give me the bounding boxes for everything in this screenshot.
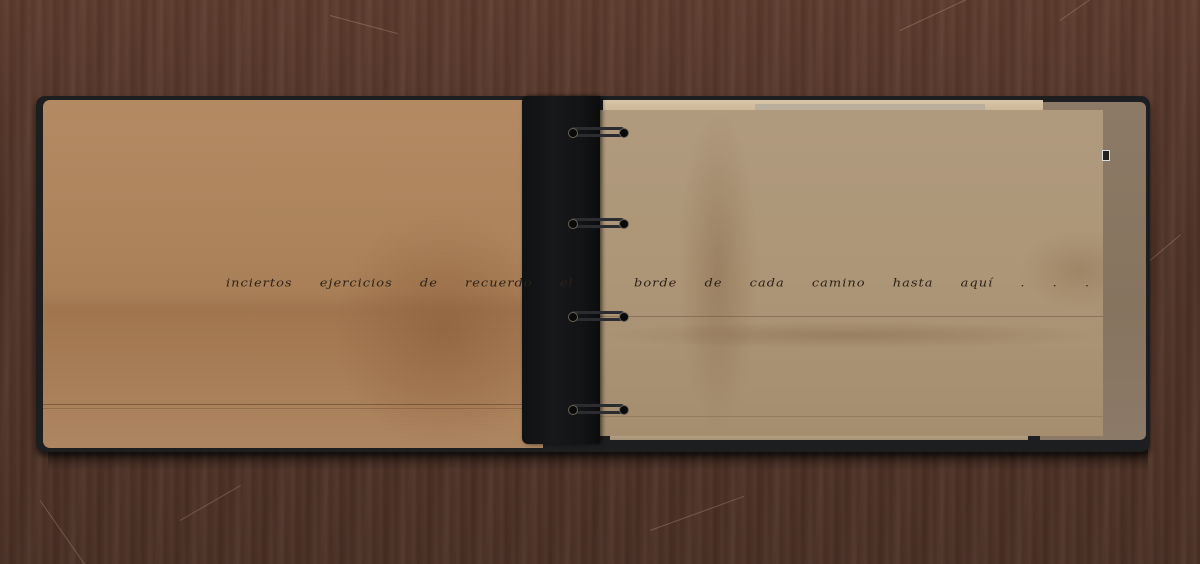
table-scratch (40, 500, 87, 564)
table-scratch (900, 0, 982, 31)
binding-spine-flap (522, 96, 600, 444)
table-scratch (650, 496, 744, 531)
ring-hole (619, 405, 629, 415)
ring-hole (619, 219, 629, 229)
page-crease (43, 408, 543, 409)
ring-hole (619, 312, 629, 322)
page-tab-marker (1102, 150, 1110, 161)
binder-ring-icon (572, 311, 626, 321)
table-scratch (1150, 234, 1181, 260)
page-crease (43, 404, 543, 405)
ring-hole (568, 219, 578, 229)
ring-hole (619, 128, 629, 138)
ring-hole (568, 312, 578, 322)
ring-hole (568, 405, 578, 415)
right-page (600, 110, 1103, 436)
binder-ring-icon (572, 404, 626, 414)
binder-ring-icon (572, 218, 626, 228)
page-crease (600, 316, 1103, 317)
ring-hole (568, 128, 578, 138)
right-page-handwriting: borde de cada camino hasta aquí . . . (634, 277, 1090, 290)
page-crease (600, 416, 1103, 417)
table-scratch (1060, 0, 1159, 21)
left-page (43, 100, 543, 448)
left-page-handwriting: inciertos ejercicios de recuerdo el (226, 277, 574, 290)
table-scratch (330, 15, 398, 34)
binder-ring-icon (572, 127, 626, 137)
table-scratch (180, 485, 241, 521)
